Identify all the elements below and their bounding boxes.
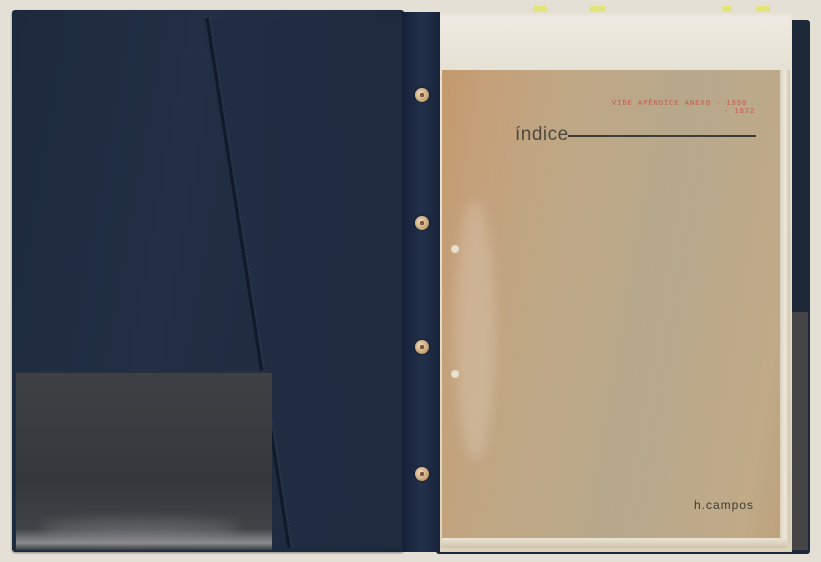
index-tab	[756, 6, 770, 12]
annotation-line-2: - 1972	[612, 108, 755, 116]
sleeve-bottom	[442, 538, 787, 548]
rivet-icon	[415, 340, 429, 354]
annotation-line-1: VIDE APÊNDICE ANEXO - 1950	[612, 100, 747, 108]
rivet-icon	[415, 216, 429, 230]
index-tab	[722, 6, 732, 12]
header-annotation: VIDE APÊNDICE ANEXO - 1950 - 1972	[612, 100, 755, 116]
sleeve-edge	[780, 70, 790, 545]
document-title-label: índice	[515, 124, 569, 146]
punch-hole	[451, 370, 459, 378]
index-tab	[533, 6, 547, 12]
rivet-icon	[415, 467, 429, 481]
document-author: h.campos	[694, 498, 754, 512]
index-tab	[590, 6, 606, 12]
title-underline	[568, 135, 756, 137]
right-cover-pocket	[792, 312, 808, 550]
punch-hole	[451, 245, 459, 253]
pocket-glare	[40, 520, 240, 536]
rivet-icon	[415, 88, 429, 102]
sleeve-glare	[455, 200, 495, 460]
